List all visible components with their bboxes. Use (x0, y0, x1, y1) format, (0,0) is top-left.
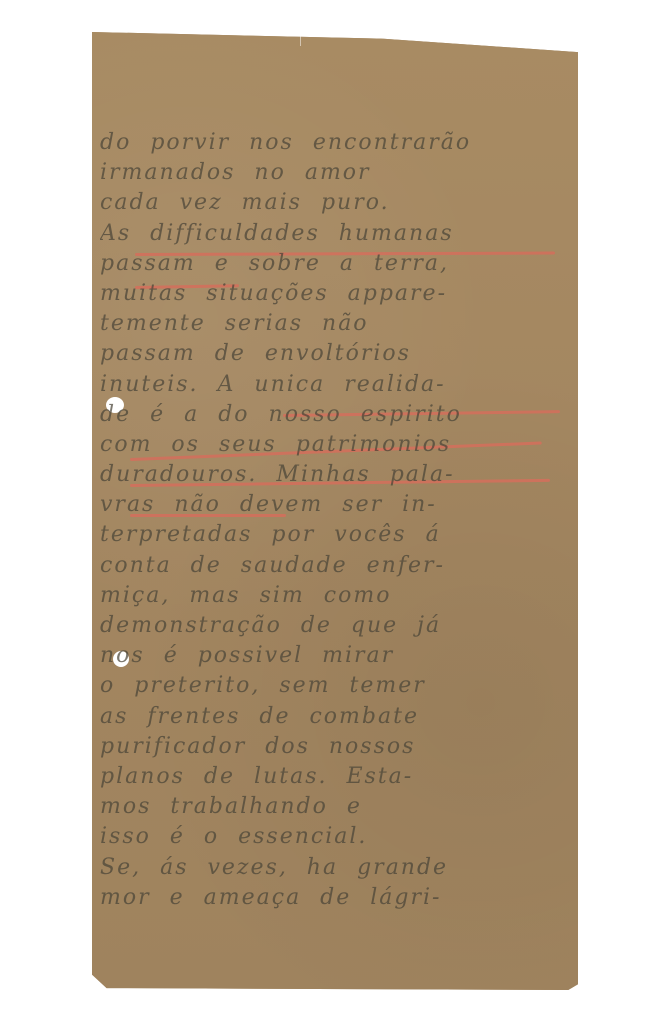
text-line: irmanados no amor (100, 158, 570, 188)
text-line: passam de envoltórios (100, 339, 570, 369)
text-line: duradouros. Minhas pala- (100, 460, 570, 490)
text-line: mos trabalhando e (100, 792, 570, 822)
text-line: com os seus patrimonios (100, 430, 570, 460)
text-line: As difficuldades humanas (100, 219, 570, 249)
text-line: muitas situações appare- (100, 279, 570, 309)
text-line: Se, ás vezes, ha grande (100, 853, 570, 883)
text-line: cada vez mais puro. (100, 188, 570, 218)
text-line: demonstração de que já (100, 611, 570, 641)
text-line: as frentes de combate (100, 702, 570, 732)
text-line: purificador dos nossos (100, 732, 570, 762)
text-line: mor e ameaça de lágri- (100, 883, 570, 913)
text-line: nos é possivel mirar (100, 641, 570, 671)
paper-fold-mark (300, 34, 301, 46)
text-line: de é a do nosso espirito (100, 400, 570, 430)
text-line: vras não devem ser in- (100, 490, 570, 520)
text-line: passam e sobre a terra, (100, 249, 570, 279)
text-line: do porvir nos encontrarão (100, 128, 570, 158)
text-line: terpretadas por vocês á (100, 520, 570, 550)
text-line: isso é o essencial. (100, 822, 570, 852)
text-line: miça, mas sim como (100, 581, 570, 611)
text-line: conta de saudade enfer- (100, 551, 570, 581)
text-line: planos de lutas. Esta- (100, 762, 570, 792)
text-line: temente serias não (100, 309, 570, 339)
handwritten-text: do porvir nos encontrarão irmanados no a… (100, 128, 570, 913)
text-line: inuteis. A unica realida- (100, 370, 570, 400)
text-line: o preterito, sem temer (100, 671, 570, 701)
